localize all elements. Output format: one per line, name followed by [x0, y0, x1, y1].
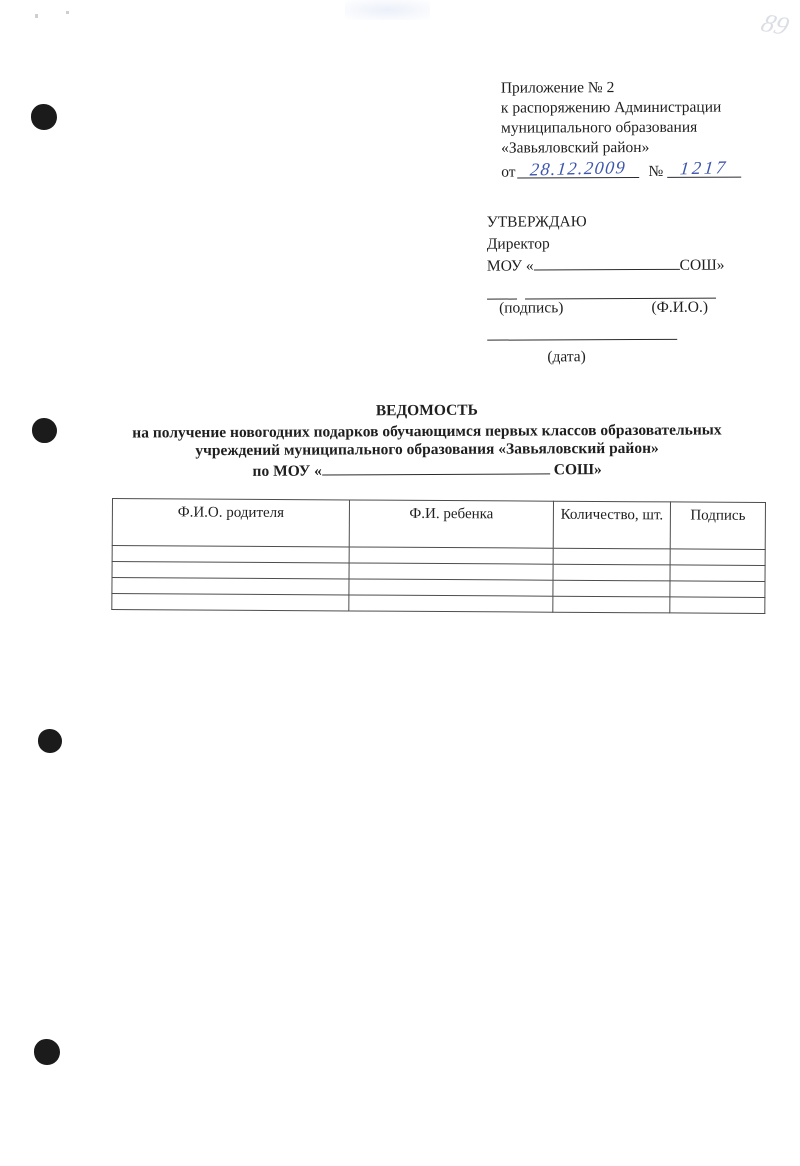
org-prefix: МОУ « — [487, 257, 534, 274]
table-row — [112, 594, 765, 614]
date-blank-line: 28.12.2009 — [517, 160, 639, 179]
ref-date-number-line: от28.12.2009№1217 — [501, 159, 781, 182]
date-caption: (дата) — [547, 346, 787, 367]
column-header-parent-name: Ф.И.О. родителя — [112, 499, 349, 547]
school-name-blank — [534, 256, 680, 271]
recipients-table: Ф.И.О. родителя Ф.И. ребенка Количество,… — [111, 498, 766, 614]
ref-line-order: к распоряжению Администрации — [501, 97, 781, 118]
scan-smudge — [345, 0, 430, 20]
table-cell — [112, 594, 349, 611]
pencil-page-number: 89 — [757, 8, 793, 41]
table-cell — [553, 564, 670, 581]
fio-caption: (Ф.И.О.) — [651, 299, 708, 316]
table-header-row: Ф.И.О. родителя Ф.И. ребенка Количество,… — [112, 499, 765, 550]
from-label: от — [501, 164, 515, 181]
table-cell — [112, 578, 349, 595]
table-cell — [670, 565, 765, 582]
title-school-suffix: СОШ» — [554, 461, 602, 478]
reference-block: Приложение № 2 к распоряжению Администра… — [501, 77, 781, 182]
handwritten-date: 28.12.2009 — [529, 157, 627, 179]
scan-speck — [35, 14, 38, 18]
handwritten-number: 1217 — [679, 157, 729, 178]
column-header-child-name: Ф.И. ребенка — [349, 500, 553, 548]
table-cell — [112, 562, 349, 579]
approval-block: УТВЕРЖДАЮ Директор МОУ «СОШ» (подпись)(Ф… — [487, 210, 788, 367]
table-cell — [553, 596, 670, 613]
table-cell — [670, 581, 765, 598]
signature-caption: (подпись) — [499, 299, 563, 316]
hole-punch-mark — [38, 729, 62, 753]
document-title: ВЕДОМОСТЬ — [64, 400, 790, 422]
table-cell — [670, 549, 765, 566]
date-blank-line-approval — [487, 326, 677, 341]
hole-punch-mark — [32, 418, 57, 443]
table-cell — [349, 547, 553, 564]
title-line-4: по МОУ « СОШ» — [64, 459, 790, 482]
table-cell — [670, 597, 765, 614]
title-school-blank — [322, 460, 550, 475]
signature-line-row — [487, 283, 787, 298]
scan-speck — [66, 11, 69, 14]
document-title-block: ВЕДОМОСТЬ на получение новогодних подарк… — [64, 400, 790, 482]
column-header-signature: Подпись — [670, 502, 765, 550]
signature-blank-short — [487, 286, 517, 300]
table-cell — [349, 579, 553, 596]
approve-word: УТВЕРЖДАЮ — [487, 210, 787, 233]
scanned-document-page: 89 Приложение № 2 к распоряжению Админис… — [0, 0, 800, 1166]
hole-punch-mark — [34, 1039, 60, 1065]
title-line-3: учреждений муниципального образования «З… — [64, 439, 790, 461]
ref-line-district: «Завьяловский район» — [501, 137, 781, 158]
title-school-prefix: по МОУ « — [252, 462, 321, 479]
director-label: Директор — [487, 232, 787, 255]
ref-line-municipal: муниципального образования — [501, 117, 781, 138]
column-header-quantity: Количество, шт. — [553, 501, 670, 549]
hole-punch-mark — [31, 104, 57, 130]
org-suffix: СОШ» — [680, 257, 725, 274]
table-cell — [553, 548, 670, 565]
ref-line-appendix: Приложение № 2 — [501, 77, 781, 98]
table-cell — [553, 580, 670, 597]
signature-captions-row: (подпись)(Ф.И.О.) — [487, 297, 787, 318]
table-cell — [349, 595, 553, 612]
number-sign: № — [648, 163, 663, 180]
title-line-2: на получение новогодних подарков обучающ… — [64, 421, 790, 443]
table-cell — [349, 563, 553, 580]
school-name-line: МОУ «СОШ» — [487, 254, 787, 277]
number-blank-line: 1217 — [667, 160, 741, 178]
table-cell — [112, 546, 349, 563]
